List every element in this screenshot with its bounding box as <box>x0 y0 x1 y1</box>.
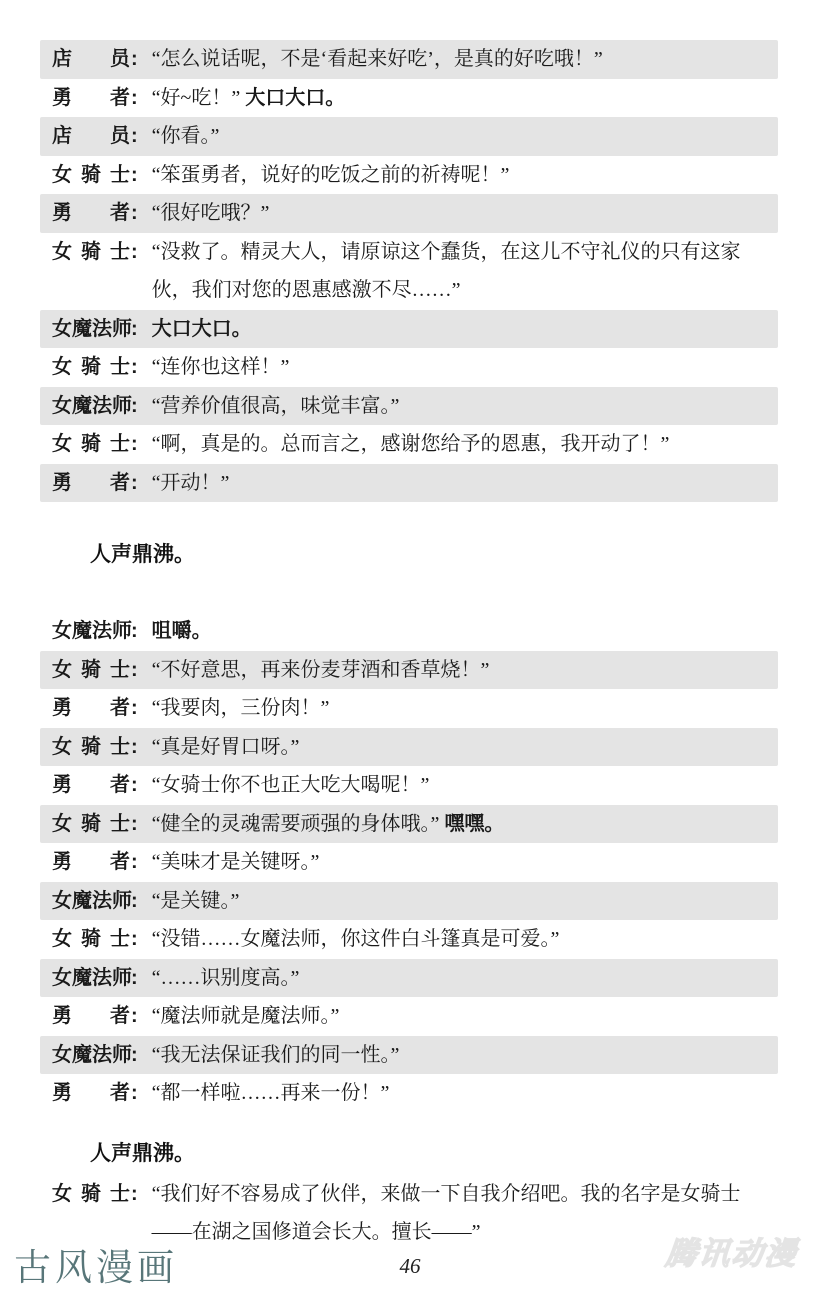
speaker-label: 女骑士: <box>52 651 138 690</box>
dialogue-row: 女骑士: “连你也这样！” <box>40 348 778 387</box>
plain-text: “开动！” <box>152 472 230 494</box>
speaker-name: 女骑士 <box>52 233 130 272</box>
speaker-colon: : <box>131 1074 138 1113</box>
dialogue-row: 店员: “你看。” <box>40 117 778 156</box>
speaker-name: 女骑士 <box>52 805 130 844</box>
dialogue-row: 女骑士: “不好意思，再来份麦芽酒和香草烧！” <box>40 651 778 690</box>
dialogue-text: “不好意思，再来份麦芽酒和香草烧！” <box>152 651 778 690</box>
dialogue-row: 女骑士: “没救了。精灵大人，请原谅这个蠢货，在这儿不守礼仪的只有这家伙，我们对… <box>40 233 778 310</box>
dialogue-text: “美味才是关键呀。” <box>152 843 778 882</box>
dialogue-text: “很好吃哦？” <box>152 194 778 233</box>
speaker-colon: : <box>131 387 138 426</box>
speaker-name: 女魔法师 <box>52 612 130 651</box>
speaker-colon: : <box>131 728 138 767</box>
dialogue-text: “真是好胃口呀。” <box>152 728 778 767</box>
dialogue-row: 勇者: “美味才是关键呀。” <box>40 843 778 882</box>
dialogue-text: “是关键。” <box>152 882 778 921</box>
dialogue-text: 咀嚼。 <box>152 612 778 651</box>
dialogue-row: 勇者: “开动！” <box>40 464 778 503</box>
dialogue-text: “魔法师就是魔法师。” <box>152 997 778 1036</box>
speaker-label: 女骑士: <box>52 233 138 272</box>
speaker-label: 勇者: <box>52 843 138 882</box>
dialogue-text: “连你也这样！” <box>152 348 778 387</box>
plain-text: “不好意思，再来份麦芽酒和香草烧！” <box>152 659 490 681</box>
dialogue-text: “健全的灵魂需要顽强的身体哦。” 嘿嘿。 <box>152 805 778 844</box>
speaker-label: 勇者: <box>52 79 138 118</box>
dialogue-row: 店员: “怎么说话呢，不是‘看起来好吃’，是真的好吃哦！” <box>40 40 778 79</box>
speaker-name: 店员 <box>52 40 130 79</box>
tencent-comics-watermark: 腾讯动漫 <box>664 1228 801 1273</box>
dialogue-row: 女骑士: “啊，真是的。总而言之，感谢您给予的恩惠，我开动了！” <box>40 425 778 464</box>
speaker-name: 勇者 <box>52 766 130 805</box>
dialogue-text: “我要肉，三份肉！” <box>152 689 778 728</box>
dialogue-row: 勇者: “很好吃哦？” <box>40 194 778 233</box>
speaker-colon: : <box>131 843 138 882</box>
speaker-colon: : <box>131 1175 138 1214</box>
plain-text: “美味才是关键呀。” <box>152 851 320 873</box>
dialogue-text: “……识别度高。” <box>152 959 778 998</box>
emphasis-text: 咀嚼。 <box>152 620 212 642</box>
speaker-name: 勇者 <box>52 843 130 882</box>
speaker-label: 勇者: <box>52 1074 138 1113</box>
plain-text: “没救了。精灵大人，请原谅这个蠢货，在这儿不守礼仪的只有这家伙，我们对您的恩惠感… <box>152 241 741 302</box>
plain-text: “都一样啦……再来一份！” <box>152 1082 390 1104</box>
dialogue-text: “笨蛋勇者，说好的吃饭之前的祈祷呢！” <box>152 156 778 195</box>
plain-text: “怎么说话呢，不是‘看起来好吃’，是真的好吃哦！” <box>152 48 603 70</box>
speaker-label: 女魔法师: <box>52 882 138 921</box>
speaker-colon: : <box>131 194 138 233</box>
speaker-colon: : <box>131 117 138 156</box>
narration-text: 人声鼎沸。 <box>90 542 778 568</box>
speaker-label: 女魔法师: <box>52 1036 138 1075</box>
script-page: 店员: “怎么说话呢，不是‘看起来好吃’，是真的好吃哦！” 勇者: “好~吃！”… <box>0 0 820 1291</box>
speaker-colon: : <box>131 689 138 728</box>
dialogue-row: 勇者: “魔法师就是魔法师。” <box>40 997 778 1036</box>
plain-text: “真是好胃口呀。” <box>152 736 300 758</box>
speaker-colon: : <box>131 40 138 79</box>
speaker-name: 勇者 <box>52 79 130 118</box>
plain-text: “营养价值很高，味觉丰富。” <box>152 395 400 417</box>
speaker-name: 勇者 <box>52 194 130 233</box>
plain-text: “……识别度高。” <box>152 967 300 989</box>
script-content: 店员: “怎么说话呢，不是‘看起来好吃’，是真的好吃哦！” 勇者: “好~吃！”… <box>0 0 820 1252</box>
speaker-colon: : <box>131 464 138 503</box>
dialogue-row: 女魔法师: “……识别度高。” <box>40 959 778 998</box>
speaker-name: 店员 <box>52 117 130 156</box>
speaker-label: 女魔法师: <box>52 959 138 998</box>
emphasis-text: 大口大口。 <box>152 318 252 340</box>
speaker-label: 女骑士: <box>52 156 138 195</box>
dialogue-text: “我无法保证我们的同一性。” <box>152 1036 778 1075</box>
dialogue-row: 勇者: “好~吃！” 大口大口。 <box>40 79 778 118</box>
dialogue-row: 勇者: “女骑士你不也正大吃大喝呢！” <box>40 766 778 805</box>
dialogue-text: “你看。” <box>152 117 778 156</box>
speaker-label: 勇者: <box>52 766 138 805</box>
speaker-label: 女骑士: <box>52 348 138 387</box>
speaker-colon: : <box>131 612 138 651</box>
plain-text: “女骑士你不也正大吃大喝呢！” <box>152 774 430 796</box>
dialogue-row: 女魔法师: “是关键。” <box>40 882 778 921</box>
dialogue-row: 女魔法师: 咀嚼。 <box>40 612 778 651</box>
speaker-name: 勇者 <box>52 689 130 728</box>
speaker-colon: : <box>131 156 138 195</box>
speaker-name: 女骑士 <box>52 728 130 767</box>
dialogue-text: “女骑士你不也正大吃大喝呢！” <box>152 766 778 805</box>
plain-text: “好~吃！” <box>152 87 246 109</box>
speaker-name: 勇者 <box>52 997 130 1036</box>
speaker-label: 女魔法师: <box>52 310 138 349</box>
dialogue-row: 勇者: “我要肉，三份肉！” <box>40 689 778 728</box>
speaker-name: 女魔法师 <box>52 882 130 921</box>
speaker-name: 女魔法师 <box>52 959 130 998</box>
plain-text: “啊，真是的。总而言之，感谢您给予的恩惠，我开动了！” <box>152 433 670 455</box>
dialogue-text: 大口大口。 <box>152 310 778 349</box>
speaker-colon: : <box>131 79 138 118</box>
plain-text: “你看。” <box>152 125 220 147</box>
speaker-label: 女骑士: <box>52 1175 138 1214</box>
plain-text: “没错……女魔法师，你这件白斗篷真是可爱。” <box>152 928 560 950</box>
speaker-colon: : <box>131 310 138 349</box>
speaker-name: 勇者 <box>52 464 130 503</box>
dialogue-row: 女骑士: “笨蛋勇者，说好的吃饭之前的祈祷呢！” <box>40 156 778 195</box>
speaker-label: 勇者: <box>52 689 138 728</box>
speaker-label: 女魔法师: <box>52 387 138 426</box>
plain-text: “很好吃哦？” <box>152 202 270 224</box>
plain-text: “是关键。” <box>152 890 240 912</box>
emphasis-text: 嘿嘿。 <box>444 813 504 835</box>
dialogue-text: “啊，真是的。总而言之，感谢您给予的恩惠，我开动了！” <box>152 425 778 464</box>
speaker-label: 店员: <box>52 40 138 79</box>
speaker-label: 勇者: <box>52 464 138 503</box>
dialogue-row: 女魔法师: “我无法保证我们的同一性。” <box>40 1036 778 1075</box>
speaker-label: 女骑士: <box>52 920 138 959</box>
speaker-colon: : <box>131 425 138 464</box>
speaker-colon: : <box>131 920 138 959</box>
dialogue-rows: 店员: “怎么说话呢，不是‘看起来好吃’，是真的好吃哦！” 勇者: “好~吃！”… <box>40 40 778 1252</box>
speaker-colon: : <box>131 882 138 921</box>
speaker-name: 女魔法师 <box>52 387 130 426</box>
speaker-label: 女骑士: <box>52 728 138 767</box>
speaker-label: 店员: <box>52 117 138 156</box>
speaker-name: 女骑士 <box>52 425 130 464</box>
dialogue-text: “好~吃！” 大口大口。 <box>152 79 778 118</box>
speaker-colon: : <box>131 233 138 272</box>
speaker-label: 勇者: <box>52 997 138 1036</box>
plain-text: “我无法保证我们的同一性。” <box>152 1044 400 1066</box>
speaker-name: 女魔法师 <box>52 310 130 349</box>
plain-text: “健全的灵魂需要顽强的身体哦。” <box>152 813 445 835</box>
speaker-colon: : <box>131 997 138 1036</box>
speaker-name: 女骑士 <box>52 156 130 195</box>
dialogue-text: “怎么说话呢，不是‘看起来好吃’，是真的好吃哦！” <box>152 40 778 79</box>
plain-text: “我们好不容易成了伙伴，来做一下自我介绍吧。我的名字是女骑士——在湖之国修道会长… <box>152 1183 741 1244</box>
dialogue-text: “开动！” <box>152 464 778 503</box>
speaker-colon: : <box>131 348 138 387</box>
narration-text: 人声鼎沸。 <box>90 1141 778 1167</box>
dialogue-row: 女魔法师: “营养价值很高，味觉丰富。” <box>40 387 778 426</box>
speaker-colon: : <box>131 805 138 844</box>
speaker-name: 女骑士 <box>52 651 130 690</box>
dialogue-row: 女骑士: “没错……女魔法师，你这件白斗篷真是可爱。” <box>40 920 778 959</box>
plain-text: “我要肉，三份肉！” <box>152 697 330 719</box>
speaker-colon: : <box>131 651 138 690</box>
plain-text: “魔法师就是魔法师。” <box>152 1005 340 1027</box>
speaker-colon: : <box>131 766 138 805</box>
speaker-label: 女骑士: <box>52 425 138 464</box>
speaker-label: 勇者: <box>52 194 138 233</box>
speaker-name: 勇者 <box>52 1074 130 1113</box>
dialogue-text: “营养价值很高，味觉丰富。” <box>152 387 778 426</box>
dialogue-row: 女魔法师: 大口大口。 <box>40 310 778 349</box>
plain-text: “笨蛋勇者，说好的吃饭之前的祈祷呢！” <box>152 164 510 186</box>
speaker-colon: : <box>131 959 138 998</box>
emphasis-text: 大口大口。 <box>245 87 345 109</box>
dialogue-text: “没救了。精灵大人，请原谅这个蠢货，在这儿不守礼仪的只有这家伙，我们对您的恩惠感… <box>152 233 778 310</box>
dialogue-row: 女骑士: “真是好胃口呀。” <box>40 728 778 767</box>
plain-text: “连你也这样！” <box>152 356 290 378</box>
dialogue-row: 女骑士: “健全的灵魂需要顽强的身体哦。” 嘿嘿。 <box>40 805 778 844</box>
dialogue-row: 勇者: “都一样啦……再来一份！” <box>40 1074 778 1113</box>
dialogue-text: “都一样啦……再来一份！” <box>152 1074 778 1113</box>
speaker-name: 女骑士 <box>52 1175 130 1214</box>
speaker-label: 女骑士: <box>52 805 138 844</box>
speaker-colon: : <box>131 1036 138 1075</box>
speaker-name: 女魔法师 <box>52 1036 130 1075</box>
dialogue-text: “没错……女魔法师，你这件白斗篷真是可爱。” <box>152 920 778 959</box>
speaker-label: 女魔法师: <box>52 612 138 651</box>
speaker-name: 女骑士 <box>52 920 130 959</box>
speaker-name: 女骑士 <box>52 348 130 387</box>
